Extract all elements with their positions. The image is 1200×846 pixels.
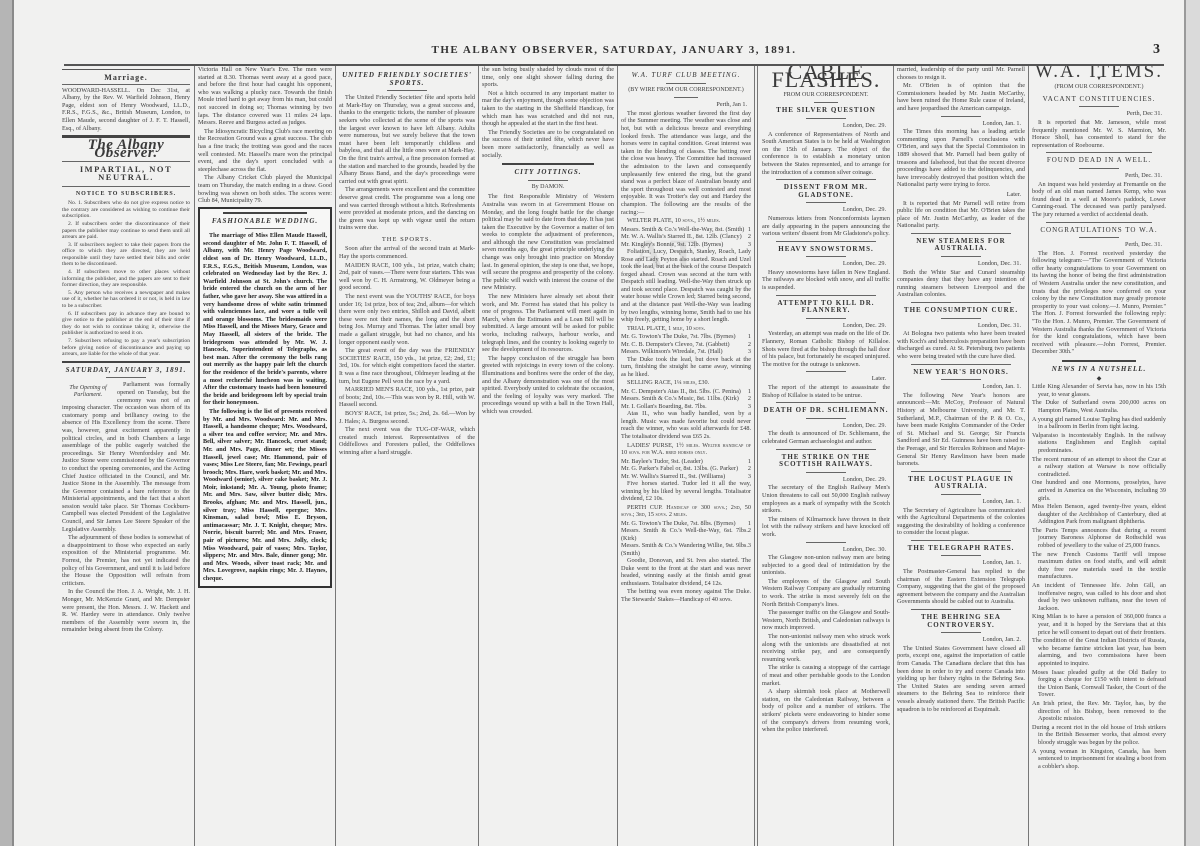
- story-paragraph: The following New Year's honors are anno…: [897, 392, 1025, 468]
- entry-position: 2: [748, 341, 751, 348]
- column-5: W.A. TURF CLUB MEETING. (BY WIRE FROM OU…: [621, 66, 751, 846]
- story-heading: NEW STEAMERS FOR AUSTRALIA.: [897, 238, 1025, 253]
- race-entry: Mr. C. Dempster's Atas II., 8st. 5lbs. (…: [621, 388, 751, 395]
- story-paragraph: An inquest was held yesterday at Fremant…: [1032, 181, 1166, 219]
- entry-horse: Mr. I. Gollan's Boarding, 8st. 7lbs.: [621, 403, 707, 410]
- divider: [941, 256, 981, 257]
- story-heading: HEAVY SNOWSTORMS.: [762, 246, 890, 254]
- column-4: the sun being busily shaded by clouds mo…: [482, 66, 614, 846]
- issue-dateline: SATURDAY, JANUARY 3, 1891.: [62, 367, 190, 375]
- nutshell-item: A young girl named Louise Tapling has di…: [1032, 416, 1166, 431]
- article-paragraph: the sun being busily shaded by clouds mo…: [482, 66, 614, 89]
- dateline: Perth, Dec. 31.: [1032, 241, 1166, 249]
- story-paragraph: The Postmaster-General has replied to th…: [897, 568, 1025, 606]
- article-paragraph: MARRIED MEN'S RACE, 100 yds., 1st prize,…: [339, 386, 475, 409]
- story-paragraph: The United States Government have closed…: [897, 645, 1025, 713]
- article-paragraph: married, leadership of the party until M…: [897, 66, 1025, 81]
- article-paragraph: BOYS' RACE, 1st prize, 5s.; 2nd, 2s. 6d.…: [339, 410, 475, 425]
- article-paragraph: The adjournment of these bodies is somew…: [62, 534, 190, 587]
- column-rule: [617, 66, 618, 846]
- entry-position: 3: [748, 348, 751, 355]
- dateline: Perth, Dec. 31.: [1032, 172, 1166, 180]
- newspaper-page: THE ALBANY OBSERVER, SATURDAY, JANUARY 3…: [14, 0, 1184, 846]
- entry-position: 1: [748, 520, 751, 527]
- race-name: PERTH CUP. Handicap of 300 sovs.; 2nd, 5…: [621, 504, 751, 519]
- nutshell-item: An incident of Tennessee life. John Gill…: [1032, 582, 1166, 612]
- dateline: Perth, Jan 1.: [621, 101, 751, 109]
- race-entry: Mr. W. Wallis's Starred II., 9st. (Willi…: [621, 473, 751, 480]
- divider: [1079, 106, 1119, 107]
- nutshell-heading: NEWS IN A NUTSHELL.: [1032, 366, 1166, 374]
- entry-horse: Mr. Baylee's Tudor, 9st. (Leader): [621, 458, 703, 465]
- byline: By DAMON.: [482, 184, 614, 192]
- article-paragraph: The happy conclusion of the struggle has…: [482, 355, 614, 416]
- entry-position: 3: [748, 241, 751, 248]
- entry-position: 1: [748, 388, 751, 395]
- divider: [941, 318, 981, 319]
- race-entry: Messrs. Smith & Co.'s Wandering Willie, …: [621, 542, 751, 557]
- nutshell-item: An Irish priest, the Rev. Mr. Taylor, ha…: [1032, 700, 1166, 723]
- story-heading: DISSENT FROM MR. GLADSTONE.: [762, 184, 890, 199]
- article-paragraph: In the Council the Hon. J. A. Wright, Mr…: [62, 588, 190, 634]
- notice-item: 7. Subscribers refusing to pay a year's …: [62, 338, 190, 358]
- race-entry: Mr. G. Parker's Fabel or, 8st. 13lbs. (G…: [621, 465, 751, 472]
- divider: [776, 449, 876, 450]
- nutshell-item: The Paris Temps announces that during a …: [1032, 527, 1166, 550]
- article-paragraph: The Times this morning has a leading art…: [897, 128, 1025, 189]
- wedding-paragraph: The marriage of Miss Ellen Maude Hassell…: [203, 232, 327, 407]
- story-paragraph: The Hon. J. Forrest received yesterday t…: [1032, 250, 1166, 356]
- race-entry: Mr. C. B. Dempster's Cleveo, 7st. (Gabbe…: [621, 341, 751, 348]
- race-entry: Messrs. Smith & Co.'s Well-the-Way, 6st.…: [621, 527, 751, 542]
- column-8: W.A. ITEMS. ▼ (FROM OUR CORRESPONDENT.) …: [1032, 66, 1166, 846]
- column-rule: [754, 66, 755, 846]
- divider: [941, 632, 981, 633]
- motto: IMPARTIAL, NOT NEUTRAL.: [62, 166, 190, 181]
- marriages-heading: Marriage.: [62, 74, 190, 82]
- dateline: London, Dec. 29.: [762, 422, 890, 430]
- nutshell-item: The Duke of Sutherland owns 200,000 acre…: [1032, 399, 1166, 414]
- divider: [806, 256, 846, 257]
- notice-item: 2. If subscribers order the discontinuan…: [62, 221, 190, 241]
- story-paragraph: The report of the attempt to assassinate…: [762, 384, 890, 399]
- column-rule: [194, 66, 195, 846]
- story-paragraph: Numerous letters from Nonconformists lay…: [762, 215, 890, 238]
- dateline: London, Jan. 1.: [897, 383, 1025, 391]
- article-paragraph: MAIDEN RACE, 100 yds., 1st prize, watch …: [339, 262, 475, 292]
- story-heading: THE CONSUMPTION CURE.: [897, 307, 1025, 315]
- dateline: Later.: [762, 375, 890, 383]
- column-rule: [757, 66, 758, 846]
- story-paragraph: The Glasgow non-union railway men are be…: [762, 554, 890, 577]
- divider: [941, 494, 981, 495]
- article-paragraph: Soon after the arrival of the second tra…: [339, 245, 475, 260]
- story-paragraph: Yesterday, an attempt was made on the li…: [762, 330, 890, 368]
- nutshell-item: The condition of the Great Indian Distri…: [1032, 637, 1166, 667]
- column-3: UNITED FRIENDLY SOCIETIES' SPORTS. The U…: [339, 66, 475, 846]
- nutshell-item: During a recent riot in the old house of…: [1032, 724, 1166, 747]
- nutshell-item: The new French Customs Tariff will impos…: [1032, 551, 1166, 581]
- article-paragraph: The next event was the TUG-OF-WAR, which…: [339, 426, 475, 456]
- notice-item: 5. Any person who receives a newspaper a…: [62, 290, 190, 310]
- entry-position: 3: [748, 473, 751, 480]
- race-entries: Mr. Baylee's Tudor, 9st. (Leader)1Mr. G.…: [621, 458, 751, 480]
- story-paragraph: Both the White Star and Cunard steamship…: [897, 269, 1025, 299]
- wedding-paragraph: The following is the list of presents re…: [203, 408, 327, 583]
- entry-horse: Mr. G. Towton's The Duke, 7st. 7lbs. (By…: [621, 333, 736, 340]
- nutshell-item: Valparaiso is incontestably English. In …: [1032, 432, 1166, 455]
- divider: [1079, 237, 1119, 238]
- race-note: The Duke took the lead, but dove back at…: [621, 356, 751, 379]
- nutshell-item: Moses Isaac pleaded guilty at the Old Ba…: [1032, 669, 1166, 699]
- notice-item: 4. If subscribers move to other places w…: [62, 269, 190, 289]
- divider: [911, 302, 1011, 303]
- divider: [1046, 152, 1152, 153]
- story-paragraph: A conference of Representatives of North…: [762, 131, 890, 177]
- article-paragraph: The Friendly Societies are to be congrat…: [482, 129, 614, 159]
- divider: [806, 118, 846, 119]
- library-stamp-watermark: AT: [634, 230, 707, 277]
- story-heading: THE STRIKE ON THE SCOTTISH RAILWAYS.: [762, 454, 890, 469]
- dateline: London, Dec. 29.: [762, 122, 890, 130]
- race-entries: Mr. G. Towton's The Duke, 7st. 8lbs. (By…: [621, 520, 751, 557]
- divider: [806, 318, 846, 319]
- entry-position: 1: [748, 458, 751, 465]
- nutshell-item: Little King Alexander of Servia has, now…: [1032, 383, 1166, 398]
- divider: [1079, 168, 1119, 169]
- entry-position: 3: [748, 403, 751, 410]
- col7-stories: NEW STEAMERS FOR AUSTRALIA.London, Dec. …: [897, 233, 1025, 713]
- story-paragraph: At Bologna two patients who have been tr…: [897, 330, 1025, 360]
- dateline: London, Dec. 29.: [762, 260, 890, 268]
- nutshell-item: The recent rumour of an attempt to shoot…: [1032, 456, 1166, 479]
- city-jottings-heading: CITY JOTTINGS.: [482, 169, 614, 177]
- entry-position: 2: [748, 527, 751, 542]
- race-note: Goodie, Donovan, and St. Ives also start…: [621, 557, 751, 587]
- article-paragraph: Mr. O'Brien is of opinion that the Commi…: [897, 82, 1025, 112]
- story-heading: THE SILVER QUESTION: [762, 107, 890, 115]
- dateline: London, Dec. 29.: [762, 476, 890, 484]
- running-header-title: THE ALBANY OBSERVER, SATURDAY, JANUARY 3…: [64, 44, 1164, 56]
- race-entries: Mr. G. Towton's The Duke, 7st. 7lbs. (By…: [621, 333, 751, 355]
- nutshell-item: King Milan is to have a pension of 360,0…: [1032, 613, 1166, 636]
- column-rule: [893, 66, 894, 846]
- race-entry: Mr. Baylee's Tudor, 9st. (Leader)1: [621, 458, 751, 465]
- divider: [776, 241, 876, 242]
- article-paragraph: The first Responsible Ministry of Wester…: [482, 193, 614, 292]
- story-heading: DEATH OF DR. SCHLIEMANN.: [762, 407, 890, 415]
- col8-stories: VACANT CONSTITUENCIES.Perth, Dec 31.It i…: [1032, 96, 1166, 356]
- entry-horse: Messrs. Smith & Co.'s Well-the-Way, 6st.…: [621, 527, 748, 542]
- race-name: SELLING RACE, 1¼ miles, £30.: [621, 379, 751, 387]
- page-edge-right: [1184, 0, 1200, 846]
- entry-horse: Mr. C. B. Dempster's Cleveo, 7st. (Gabbe…: [621, 341, 730, 348]
- story-paragraph: The death is announced of Dr. Schliemann…: [762, 430, 890, 445]
- divider: [776, 179, 876, 180]
- article-paragraph: Not a hitch occurred in any important ma…: [482, 90, 614, 128]
- story-paragraph: The secretary of the English Railway Men…: [762, 484, 890, 514]
- wedding-article: FASHIONABLE WEDDING. The marriage of Mis…: [198, 207, 332, 588]
- race-name: LADIES' PURSE, 1½ miles. Welter handicap…: [621, 442, 751, 457]
- column-rule: [478, 66, 479, 846]
- article-paragraph: The great event of the day was the FRIEN…: [339, 347, 475, 385]
- entry-horse: Messrs. Smith & Co.'s Wandering Willie, …: [621, 542, 748, 557]
- dateline: London, Jan. 1.: [897, 559, 1025, 567]
- article-paragraph: It is reported that Mr Parnell will reti…: [897, 200, 1025, 230]
- story-heading: VACANT CONSTITUENCIES.: [1032, 96, 1166, 104]
- sport-paragraph: The Albany Cricket Club played the Munic…: [198, 174, 332, 204]
- article-paragraph: The most glorious weather favored the fi…: [621, 110, 751, 216]
- entry-position: 3: [748, 542, 751, 557]
- race-name: WELTER PLATE, 10 sovs., 1½ miles.: [621, 217, 751, 225]
- dateline: London, Dec. 29.: [762, 322, 890, 330]
- wa-items-heading: W.A. ITEMS.: [1032, 68, 1166, 76]
- sport-paragraph: Victoria Hall on New Year's Eve. The men…: [198, 66, 332, 127]
- notice-heading: NOTICE TO SUBSCRIBERS.: [62, 191, 190, 199]
- running-header: THE ALBANY OBSERVER, SATURDAY, JANUARY 3…: [64, 42, 1164, 66]
- divider: [806, 418, 846, 419]
- race-entry: Mr. I. Gollan's Boarding, 8st. 7lbs.3: [621, 403, 751, 410]
- article-sidehead: The Opening of Parliament.: [62, 385, 114, 399]
- race-entry: Messrs. Smith & Co.'s Music, 8st. 11lbs.…: [621, 395, 751, 402]
- cable-flashes-sub: FROM OUR CORRESPONDENT.: [762, 92, 890, 100]
- divider: [1046, 222, 1152, 223]
- page-number: 3: [1153, 42, 1160, 58]
- notice-item: No. 1. Subscribers who do not give expre…: [62, 200, 190, 220]
- story-paragraph: The Secretary of Agriculture has communi…: [897, 507, 1025, 537]
- entry-horse: Messrs. Wilkinson's Wiredale, 7st. (Hall…: [621, 348, 723, 355]
- entry-position: 2: [748, 233, 751, 240]
- entry-horse: Mr. W. Wallis's Starred II., 9st. (Willi…: [621, 473, 725, 480]
- divider: [806, 542, 846, 543]
- nutshell-item: A young woman in Kingston, Canada, has b…: [1032, 748, 1166, 771]
- divider: [806, 202, 846, 203]
- dateline: London, Dec. 31.: [897, 322, 1025, 330]
- story-heading: THE TELEGRAPH RATES.: [897, 545, 1025, 553]
- article-paragraph: The arrangements were excellent and the …: [339, 186, 475, 232]
- sports-article-heading: UNITED FRIENDLY SOCIETIES' SPORTS.: [339, 72, 475, 87]
- nutshell-item: One hundred and one Mormons, proselytes,…: [1032, 479, 1166, 502]
- notice-list: No. 1. Subscribers who do not give expre…: [62, 200, 190, 358]
- sports-subheading: THE SPORTS.: [339, 236, 475, 244]
- wa-items-sub: (FROM OUR CORRESPONDENT.): [1032, 84, 1166, 92]
- turf-club-heading: W.A. TURF CLUB MEETING.: [621, 72, 751, 80]
- dateline: London, Jan. 1.: [897, 120, 1025, 128]
- story-heading: NEW YEAR'S HONORS.: [897, 369, 1025, 377]
- cable-stories: THE SILVER QUESTIONLondon, Dec. 29.A con…: [762, 107, 890, 733]
- divider: [911, 540, 1011, 541]
- story-heading: THE LOCUST PLAGUE IN AUSTRALIA.: [897, 476, 1025, 491]
- dateline: London, Jan. 2.: [897, 636, 1025, 644]
- entry-horse: Messrs. Smith & Co.'s Music, 8st. 11lbs.…: [621, 395, 739, 402]
- entry-position: 2: [748, 465, 751, 472]
- divider: [911, 364, 1011, 365]
- article-paragraph: The new Ministers have already set about…: [482, 293, 614, 354]
- race-entry: Mr. G. Towton's The Duke, 7st. 8lbs. (By…: [621, 520, 751, 527]
- story-paragraph: It is reported that Mr. Jameson, while m…: [1032, 119, 1166, 149]
- entry-position: 1: [748, 333, 751, 340]
- cable-flashes-heading: CABLE FLASHES.: [762, 68, 890, 83]
- dateline: Perth, Dec 31.: [1032, 110, 1166, 118]
- dateline: London, Jan. 1.: [897, 498, 1025, 506]
- column-7: married, leadership of the party until M…: [897, 66, 1025, 846]
- story-heading: FOUND DEAD IN A WELL.: [1032, 157, 1166, 165]
- divider: [776, 295, 876, 296]
- article-paragraph: The next event was the YOUTHS' RACE, for…: [339, 293, 475, 346]
- entry-horse: Mr. C. Dempster's Atas II., 8st. 5lbs. (…: [621, 388, 741, 395]
- divider: [911, 609, 1011, 610]
- entry-position: 2: [748, 395, 751, 402]
- divider: [776, 402, 876, 403]
- race-entry: Mr. G. Towton's The Duke, 7st. 7lbs. (By…: [621, 333, 751, 340]
- divider: [911, 233, 1011, 234]
- entry-position: 1: [748, 226, 751, 233]
- divider: [806, 472, 846, 473]
- column-rule: [335, 66, 336, 846]
- notice-item: 3. If subscribers neglect to take their …: [62, 242, 190, 268]
- dateline: London, Dec. 30.: [762, 546, 890, 554]
- dateline: Later.: [897, 191, 1025, 199]
- race-name: TRIAL PLATE, 1 mile, 10 sovs.: [621, 325, 751, 333]
- column-2: Victoria Hall on New Year's Eve. The men…: [198, 66, 332, 846]
- story-paragraph: The strike is causing a stoppage of the …: [762, 664, 890, 687]
- divider: [941, 379, 981, 380]
- race-entries: Mr. C. Dempster's Atas II., 8st. 5lbs. (…: [621, 388, 751, 410]
- race-entry: Messrs. Wilkinson's Wiredale, 7st. (Hall…: [621, 348, 751, 355]
- divider: [806, 371, 846, 372]
- story-paragraph: The non-unionist railway men who struck …: [762, 633, 890, 663]
- sport-paragraph: The Idiosyncratic Bicycling Club's race …: [198, 128, 332, 174]
- column-1: Marriage. WOODWARD-HASSELL. On Dec 31st,…: [62, 66, 190, 846]
- story-paragraph: Heavy snowstorms have fallen in New Engl…: [762, 269, 890, 292]
- nameplate: The Albany Observer.: [62, 142, 190, 157]
- story-heading: THE BEHRING SEA CONTROVERSY.: [897, 614, 1025, 629]
- article-paragraph: The betting was even money against The D…: [621, 588, 751, 603]
- entry-horse: Mr. G. Parker's Fabel or, 8st. 13lbs. (G…: [621, 465, 738, 472]
- story-heading: ATTEMPT TO KILL DR. FLANNERY.: [762, 300, 890, 315]
- dateline: London, Dec. 31.: [897, 260, 1025, 268]
- story-paragraph: The passenger traffic on the Glasgow and…: [762, 609, 890, 632]
- race-note: Atas II., who was badly handled, won by …: [621, 410, 751, 440]
- story-paragraph: The miners of Kilmarnock have thrown in …: [762, 516, 890, 539]
- story-paragraph: The employees of the Glasgow and South W…: [762, 578, 890, 608]
- entry-horse: Mr. G. Towton's The Duke, 7st. 8lbs. (By…: [621, 520, 736, 527]
- marriage-notice: WOODWARD-HASSELL. On Dec 31st, at Albany…: [62, 87, 190, 133]
- dateline: London, Dec. 29.: [762, 206, 890, 214]
- turf-club-sub: (BY WIRE FROM OUR CORRESPONDENT.): [621, 87, 751, 95]
- article-paragraph: Parliament was formally opened on Tuesda…: [62, 381, 190, 533]
- divider: [941, 555, 981, 556]
- nutshell-item: Miss Helen Benson, aged twenty-five year…: [1032, 503, 1166, 526]
- race-note: Five horses started. Tudor led it all th…: [621, 480, 751, 503]
- notice-item: 6. If subscribers pay in advance they ar…: [62, 311, 190, 337]
- story-heading: CONGRATULATIONS TO W.A.: [1032, 227, 1166, 235]
- divider: [911, 471, 1011, 472]
- story-paragraph: A sharp skirmish took place at Motherwel…: [762, 688, 890, 734]
- column-rule: [1028, 66, 1029, 846]
- page-edge-left: [0, 0, 14, 846]
- column-6: CABLE FLASHES. ▼ FROM OUR CORRESPONDENT.…: [762, 66, 890, 846]
- nutshell-list: Little King Alexander of Servia has, now…: [1032, 383, 1166, 770]
- article-paragraph: The United Friendly Societies' fête and …: [339, 94, 475, 185]
- wedding-heading: FASHIONABLE WEDDING.: [203, 218, 327, 226]
